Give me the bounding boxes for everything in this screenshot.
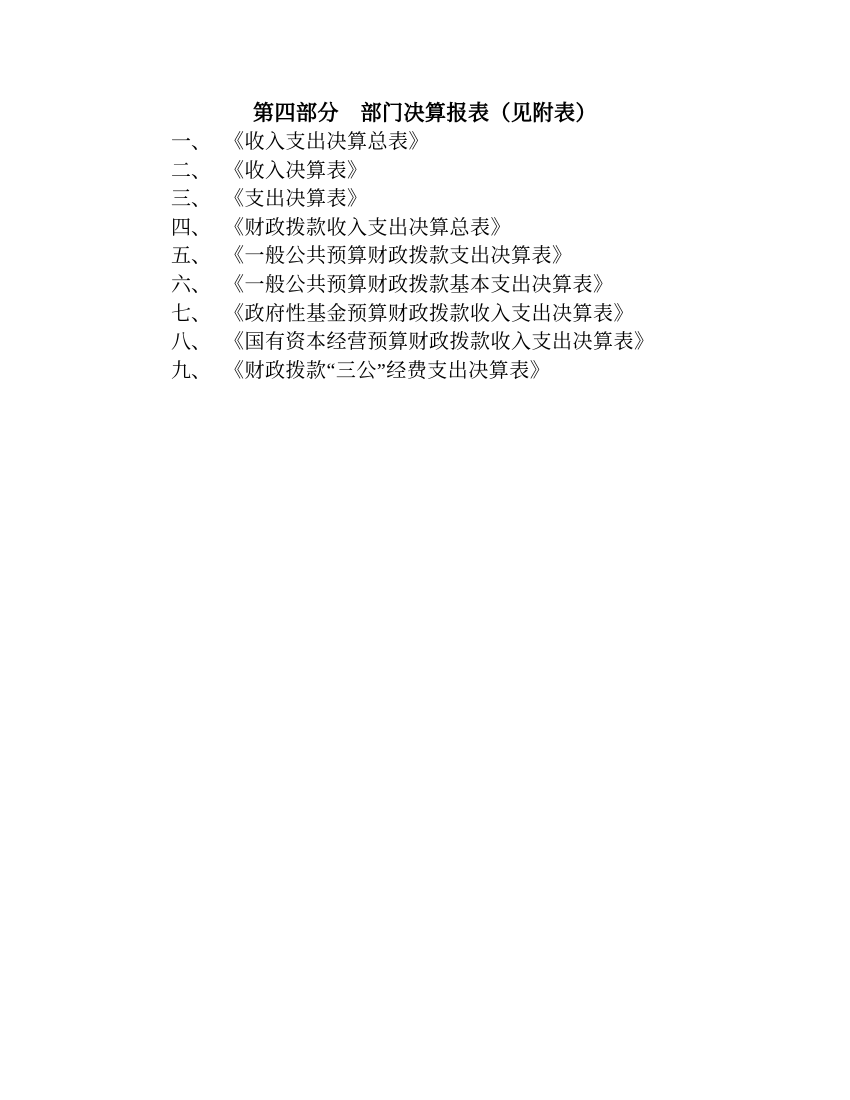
item-number: 一、 bbox=[171, 128, 224, 157]
item-number: 二、 bbox=[171, 157, 224, 186]
item-number: 八、 bbox=[171, 328, 224, 357]
list-item: 五、《一般公共预算财政拨款支出决算表》 bbox=[171, 242, 655, 271]
item-title: 《收入决算表》 bbox=[224, 157, 368, 186]
section-title: 第四部分 部门决算报表（见附表） bbox=[0, 99, 850, 128]
list-item: 一、《收入支出决算总表》 bbox=[171, 128, 655, 157]
list-item: 六、《一般公共预算财政拨款基本支出决算表》 bbox=[171, 271, 655, 300]
item-title: 《财政拨款收入支出决算总表》 bbox=[224, 214, 511, 243]
list-item: 四、《财政拨款收入支出决算总表》 bbox=[171, 214, 655, 243]
item-title: 《国有资本经营预算财政拨款收入支出决算表》 bbox=[224, 328, 655, 357]
item-number: 五、 bbox=[171, 242, 224, 271]
list-item: 七、《政府性基金预算财政拨款收入支出决算表》 bbox=[171, 300, 655, 329]
report-list: 一、《收入支出决算总表》 二、《收入决算表》 三、《支出决算表》 四、《财政拨款… bbox=[171, 128, 655, 385]
item-title: 《一般公共预算财政拨款支出决算表》 bbox=[224, 242, 573, 271]
item-number: 四、 bbox=[171, 214, 224, 243]
item-title: 《一般公共预算财政拨款基本支出决算表》 bbox=[224, 271, 614, 300]
list-item: 九、《财政拨款“三公”经费支出决算表》 bbox=[171, 357, 655, 386]
item-number: 六、 bbox=[171, 271, 224, 300]
item-title: 《支出决算表》 bbox=[224, 185, 368, 214]
document-page: 第四部分 部门决算报表（见附表） 一、《收入支出决算总表》 二、《收入决算表》 … bbox=[0, 0, 850, 1100]
item-number: 九、 bbox=[171, 357, 224, 386]
item-title: 《政府性基金预算财政拨款收入支出决算表》 bbox=[224, 300, 634, 329]
item-number: 三、 bbox=[171, 185, 224, 214]
item-title: 《收入支出决算总表》 bbox=[224, 128, 429, 157]
list-item: 二、《收入决算表》 bbox=[171, 157, 655, 186]
item-title: 《财政拨款“三公”经费支出决算表》 bbox=[224, 357, 550, 386]
list-item: 八、《国有资本经营预算财政拨款收入支出决算表》 bbox=[171, 328, 655, 357]
list-item: 三、《支出决算表》 bbox=[171, 185, 655, 214]
item-number: 七、 bbox=[171, 300, 224, 329]
